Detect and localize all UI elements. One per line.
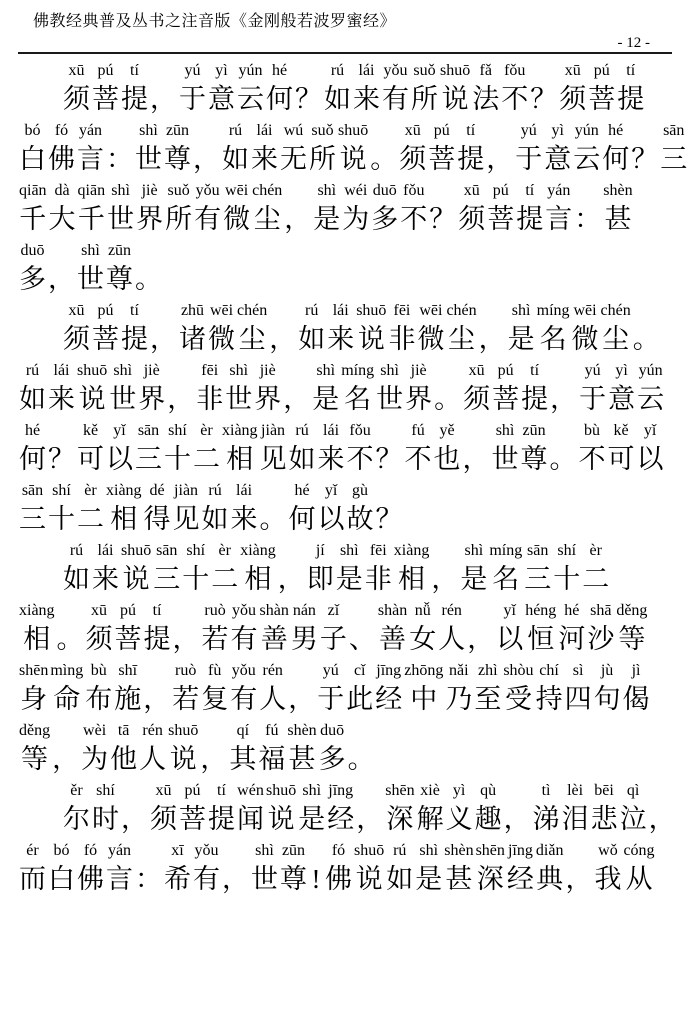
pinyin-annotation [222,841,249,861]
hanzi-char: 说 [440,81,470,119]
hanzi-token: jiè界 [253,361,282,419]
hanzi-token: wēi微 [571,301,600,359]
hanzi-token: míng名 [340,361,375,419]
hanzi-token: jiàn见 [172,481,201,539]
pinyin-annotation: shuō [440,61,470,81]
hanzi-token: wén闻 [236,781,265,839]
hanzi-char: 何 [602,141,629,179]
hanzi-token: fó佛 [324,841,353,899]
pinyin-annotation: shēn [476,841,505,861]
pinyin-annotation: shuō [168,721,198,741]
pinyin-annotation: chén [601,301,631,321]
hanzi-token: tí提 [207,781,236,839]
hanzi-token: zūn尊 [163,121,192,179]
punct-token: ， [478,301,507,359]
hanzi-token: shí十 [47,481,76,539]
scripture-text: xū须pú菩tí提 ，yú于yì意yún云hé何 ？rú如lái来yǒu有suǒ… [18,61,672,901]
text-line: hé何 ？kě可yǐ以sān三shí十èr二xiàng相jiàn见rú如lái来… [18,421,672,481]
pinyin-annotation: chén [252,181,282,201]
hanzi-char: ， [356,801,383,839]
punct-token: ， [648,781,677,839]
pinyin-annotation: chí [536,661,563,681]
pinyin-annotation: zūn [164,121,191,141]
pinyin-annotation: fó [77,841,104,861]
pinyin-annotation: èr [582,541,609,561]
hanzi-char: 悲 [591,801,618,839]
hanzi-token: chén尘 [251,181,283,239]
hanzi-token: yán言 [544,181,573,239]
hanzi-char: ， [167,381,194,419]
hanzi-char: 如 [289,441,316,479]
hanzi-token: fēi非 [195,361,224,419]
pinyin-annotation: shì [313,181,340,201]
hanzi-token: jù句 [593,661,622,719]
hanzi-char: 云 [237,81,264,119]
hanzi-token: kě可 [76,421,105,479]
pinyin-annotation: pú [115,601,142,621]
hanzi-token: lái来 [317,421,346,479]
hanzi-token: ruò若 [201,601,230,659]
pinyin-annotation [260,481,287,501]
pinyin-annotation [376,421,403,441]
hanzi-char: 尘 [237,321,267,359]
hanzi-char: 尘 [252,201,282,239]
pinyin-annotation: shuō [121,541,151,561]
text-line: xū须pú菩tí提 ，zhū诸wēi微chén尘 ，rú如lái来shuō说fē… [18,301,672,361]
pinyin-annotation [349,601,376,621]
hanzi-char: ， [193,141,220,179]
pinyin-annotation: zūn [106,241,133,261]
hanzi-char: 须 [63,81,90,119]
pinyin-annotation: tí [516,181,543,201]
hanzi-token: fǒu不 [346,421,375,479]
pinyin-annotation [283,361,310,381]
pinyin-annotation: xiè [417,781,444,801]
hanzi-char: 名 [537,321,570,359]
pinyin-annotation [278,541,305,561]
hanzi-token: wēi微 [416,301,445,359]
hanzi-char: 世 [109,381,136,419]
hanzi-token: wéi为 [341,181,370,239]
punct-token: 、 [348,601,377,659]
hanzi-token: nǚ女 [408,601,437,659]
hanzi-token: shā沙 [586,601,615,659]
hanzi-char: 不 [501,81,528,119]
hanzi-char: 而 [19,861,46,899]
hanzi-char: 非 [196,381,223,419]
pinyin-annotation: yǐ [106,421,133,441]
hanzi-char: 有 [193,861,220,899]
punct-token: ？ [294,61,323,119]
pinyin-annotation: èr [193,421,220,441]
hanzi-char: 非 [388,321,415,359]
hanzi-token: yǐ以 [105,421,134,479]
pinyin-annotation [150,301,177,321]
hanzi-token: pú菩 [427,121,456,179]
hanzi-token: lái来 [230,481,259,539]
hanzi-token: shuō说 [265,781,297,839]
header-rule [18,52,672,54]
punct-token: 。 [56,601,85,659]
hanzi-token: èr二 [210,541,239,599]
text-line: duō多 ，shì世zūn尊 。 [18,241,672,301]
pinyin-annotation [173,601,200,621]
pinyin-annotation: shì [312,361,339,381]
hanzi-char: ？ [48,441,75,479]
pinyin-annotation: sān [153,541,180,561]
punct-token: ， [466,601,495,659]
hanzi-token: wú无 [279,121,308,179]
pinyin-annotation [434,361,461,381]
hanzi-char: 泪 [562,801,589,839]
hanzi-char: 菩 [588,81,615,119]
pinyin-annotation [550,421,577,441]
punct-token: ， [503,781,532,839]
pinyin-annotation: tí [208,781,235,801]
punct-token: ! [308,841,324,899]
pinyin-annotation: rú [298,301,325,321]
pinyin-annotation [463,421,490,441]
hanzi-char: 不 [400,201,427,239]
hanzi-char: 闻 [237,801,264,839]
hanzi-char: 典 [536,861,564,899]
hanzi-char: 来 [48,381,75,419]
pinyin-annotation: rú [222,121,249,141]
hanzi-char: 若 [172,681,199,719]
pinyin-annotation [150,61,177,81]
hanzi-char: 不 [579,441,606,479]
hanzi-token: jīng经 [326,781,355,839]
hanzi-char: 说 [121,561,151,599]
hanzi-token: lái来 [47,361,76,419]
hanzi-char: 大 [49,201,76,239]
pinyin-annotation: pú [92,61,119,81]
pinyin-annotation: yǐ [318,481,345,501]
pinyin-annotation: shī [114,661,141,681]
pinyin-annotation: yú [317,661,344,681]
hanzi-token: tā他 [109,721,138,779]
pinyin-annotation: yǒu [193,841,220,861]
hanzi-token: chén尘 [445,301,477,359]
hanzi-token: fēi非 [387,301,416,359]
hanzi-token: yún云 [236,61,265,119]
hanzi-token: shì是 [507,301,536,359]
pinyin-annotation [309,841,323,861]
hanzi-token: chí持 [535,661,564,719]
hanzi-char: 见 [260,441,287,479]
hanzi-char: 解 [417,801,444,839]
pinyin-annotation: yì [208,61,235,81]
pinyin-annotation: shì [225,361,252,381]
punct-token: ？ [428,181,457,239]
hanzi-char: 若 [202,621,229,659]
pinyin-annotation: fǒu [400,181,427,201]
pinyin-annotation: fú [258,721,285,741]
hanzi-char: 女 [409,621,436,659]
hanzi-char: 须 [458,201,485,239]
hanzi-token: yán言 [76,121,105,179]
hanzi-char: 尘 [446,321,476,359]
hanzi-char: 言 [77,141,104,179]
pinyin-annotation [631,121,658,141]
pinyin-annotation: jì [623,661,650,681]
hanzi-char: 名 [341,381,374,419]
hanzi-char: 以 [496,621,523,659]
pinyin-annotation: yú [579,361,606,381]
pinyin-annotation: xū [463,361,490,381]
punct-token: ， [462,421,491,479]
hanzi-char: 世 [376,381,403,419]
pinyin-annotation: rú [202,481,229,501]
pinyin-annotation: pú [588,61,615,81]
hanzi-token: èr二 [192,421,221,479]
pinyin-annotation: bēi [591,781,618,801]
hanzi-token: xiàng相 [105,481,143,539]
hanzi-char: 须 [399,141,426,179]
pinyin-annotation: suǒ [165,181,192,201]
punct-token: ， [166,361,195,419]
hanzi-token: fǒu不 [500,61,529,119]
punct-token: 。 [134,241,163,299]
pinyin-annotation: rú [63,541,90,561]
hanzi-char: 世 [251,861,278,899]
pinyin-annotation: lái [327,301,354,321]
punct-token: 。 [369,121,398,179]
punct-token: ， [564,841,593,899]
hanzi-char: 。 [348,741,375,779]
hanzi-token: zūn尊 [520,421,549,479]
hanzi-char: 多 [371,201,398,239]
pinyin-annotation [106,121,133,141]
hanzi-char: 如 [324,81,351,119]
pinyin-annotation: shì [492,421,519,441]
punct-token: 。 [259,481,288,539]
pinyin-annotation: ěr [63,781,90,801]
pinyin-annotation: rú [289,421,316,441]
pinyin-annotation: qiān [19,181,47,201]
hanzi-char: 微 [572,321,599,359]
pinyin-annotation: shí [164,421,191,441]
hanzi-token: shí时 [91,781,120,839]
pinyin-annotation: tì [533,781,560,801]
hanzi-char: 以 [318,501,345,539]
pinyin-annotation: yě [434,421,461,441]
pinyin-annotation: yǒu [231,601,258,621]
hanzi-char: 诸 [179,321,206,359]
pinyin-annotation: bó [19,121,46,141]
hanzi-char: 受 [503,681,533,719]
hanzi-char: 微 [223,201,250,239]
pinyin-annotation: xū [63,61,90,81]
hanzi-token: qiān千 [18,181,48,239]
hanzi-char: 男 [291,621,318,659]
hanzi-char: 菩 [487,201,514,239]
pinyin-annotation: zūn [280,841,307,861]
pinyin-annotation [48,421,75,441]
hanzi-token: rén人 [258,661,287,719]
hanzi-char: 须 [559,81,586,119]
punct-token: 。 [347,721,376,779]
hanzi-char: 非 [365,561,392,599]
hanzi-token: fó佛 [76,841,105,899]
hanzi-char: 相 [222,441,258,479]
pinyin-annotation: hé [289,481,316,501]
hanzi-char: 二 [77,501,104,539]
pinyin-annotation: hé [558,601,585,621]
pinyin-annotation [431,541,458,561]
hanzi-char: 十 [164,441,191,479]
text-line: děng等 ，wèi为tā他rén人shuō说 ，qí其fú福shèn甚duō多… [18,721,672,781]
hanzi-char: 于 [515,141,542,179]
pinyin-annotation: yú [179,61,206,81]
hanzi-char: 甚 [603,201,632,239]
pinyin-annotation: yì [446,781,473,801]
text-line: ěr尔shí时 ，xū须pú菩tí提wén闻shuō说shì是jīng经 ，sh… [18,781,672,841]
hanzi-char: 提 [521,381,548,419]
hanzi-char: 为 [81,741,108,779]
hanzi-char: 。 [633,321,660,359]
hanzi-char: 是 [460,561,487,599]
hanzi-token: shòu受 [502,661,534,719]
hanzi-token: yě也 [433,421,462,479]
hanzi-char: 善 [378,621,407,659]
hanzi-char: 经 [507,861,534,899]
hanzi-token: yǒu有 [230,601,259,659]
hanzi-char: 于 [579,381,606,419]
pinyin-annotation: yǐ [637,421,664,441]
hanzi-char: ： [106,141,133,179]
hanzi-char: 如 [19,381,46,419]
hanzi-char: ， [649,801,676,839]
hanzi-char: 菩 [92,321,119,359]
hanzi-token: pú菩 [114,601,143,659]
pinyin-annotation: ruò [172,661,199,681]
page-header-title: 佛教经典普及丛书之注音版《金刚般若波罗蜜经》 [33,8,672,31]
pinyin-annotation: xiàng [106,481,142,501]
pinyin-annotation [429,181,456,201]
pinyin-annotation: yǒu [382,61,409,81]
hanzi-token: shì是 [311,361,340,419]
hanzi-char: 何 [19,441,46,479]
pinyin-annotation: shì [135,121,162,141]
pinyin-annotation: pú [428,121,455,141]
hanzi-char: 说 [356,321,386,359]
pinyin-annotation: hé [266,61,293,81]
hanzi-token: yǐ以 [317,481,346,539]
pinyin-annotation [348,721,375,741]
hanzi-char: 可 [77,441,104,479]
hanzi-char: 菩 [492,381,519,419]
hanzi-char: 十 [553,561,580,599]
hanzi-token: yì义 [445,781,474,839]
hanzi-char: 。 [57,621,84,659]
hanzi-char: 可 [608,441,635,479]
punct-token: ， [355,781,384,839]
pinyin-annotation: dé [144,481,171,501]
pinyin-annotation: děng [616,601,647,621]
pinyin-annotation: shí [182,541,209,561]
hanzi-token: zhì至 [473,661,502,719]
hanzi-token: chén尘 [600,301,632,359]
hanzi-char: 泣 [620,801,647,839]
pinyin-annotation: děng [19,721,50,741]
pinyin-annotation: hé [602,121,629,141]
punct-token: ， [485,121,514,179]
hanzi-char: 名 [489,561,522,599]
hanzi-token: rén人 [437,601,466,659]
hanzi-char: 不 [347,441,374,479]
hanzi-char: 界 [136,201,163,239]
pinyin-annotation: yǒu [230,661,257,681]
hanzi-char: 来 [231,501,258,539]
hanzi-token: xū须 [398,121,427,179]
hanzi-token: zūn尊 [279,841,308,899]
hanzi-token: tí提 [616,61,645,119]
punct-token: ： [134,841,163,899]
hanzi-char: 何 [266,81,293,119]
hanzi-token: wèi为 [80,721,109,779]
hanzi-token: tí提 [120,301,149,359]
pinyin-annotation: sān [135,421,162,441]
pinyin-annotation: shì [107,181,134,201]
hanzi-char: 有 [230,681,257,719]
hanzi-char: 施 [114,681,141,719]
hanzi-token: wēi微 [222,181,251,239]
hanzi-token: lái来 [326,301,355,359]
hanzi-char: 来 [251,141,278,179]
hanzi-char: 三 [660,141,687,179]
hanzi-token: ér而 [18,841,47,899]
hanzi-char: 言 [545,201,572,239]
pinyin-annotation: xiàng [240,541,276,561]
hanzi-token: pú菩 [587,61,616,119]
hanzi-token: tí提 [120,61,149,119]
pinyin-annotation: nǚ [409,601,436,621]
hanzi-token: yún云 [636,361,665,419]
pinyin-annotation: nán [291,601,318,621]
pinyin-annotation [356,781,383,801]
hanzi-token: suǒ所 [164,181,193,239]
punct-token: ， [142,661,171,719]
hanzi-char: 微 [417,321,444,359]
hanzi-token: rú如 [201,481,230,539]
hanzi-char: 等 [616,621,647,659]
hanzi-char: 。 [434,381,461,419]
hanzi-token: dà大 [48,181,77,239]
text-line: bó白fó佛yán言 ：shì世zūn尊 ，rú如lái来wú无suǒ所shuō… [18,121,672,181]
pinyin-annotation: tí [144,601,171,621]
hanzi-char: 为 [342,201,369,239]
pinyin-annotation: xiàng [222,421,258,441]
hanzi-char: 提 [121,321,148,359]
text-line: qiān千dà大qiān千shì世jiè界suǒ所yǒu有wēi微chén尘 ，… [18,181,672,241]
pinyin-annotation: sān [19,481,46,501]
pinyin-annotation: fǒu [501,61,528,81]
pinyin-annotation: xū [399,121,426,141]
hanzi-token: jīng经 [506,841,535,899]
punct-token: ， [430,541,459,599]
hanzi-char: 千 [78,201,106,239]
hanzi-token: sān三 [152,541,181,599]
hanzi-token: sān三 [18,481,47,539]
pinyin-annotation: wēi [223,181,250,201]
pinyin-annotation: míng [341,361,374,381]
pinyin-annotation [565,841,592,861]
hanzi-token: ruò若 [171,661,200,719]
hanzi-char: 甚 [287,741,316,779]
pinyin-annotation: wéi [342,181,369,201]
hanzi-char: ， [200,741,227,779]
